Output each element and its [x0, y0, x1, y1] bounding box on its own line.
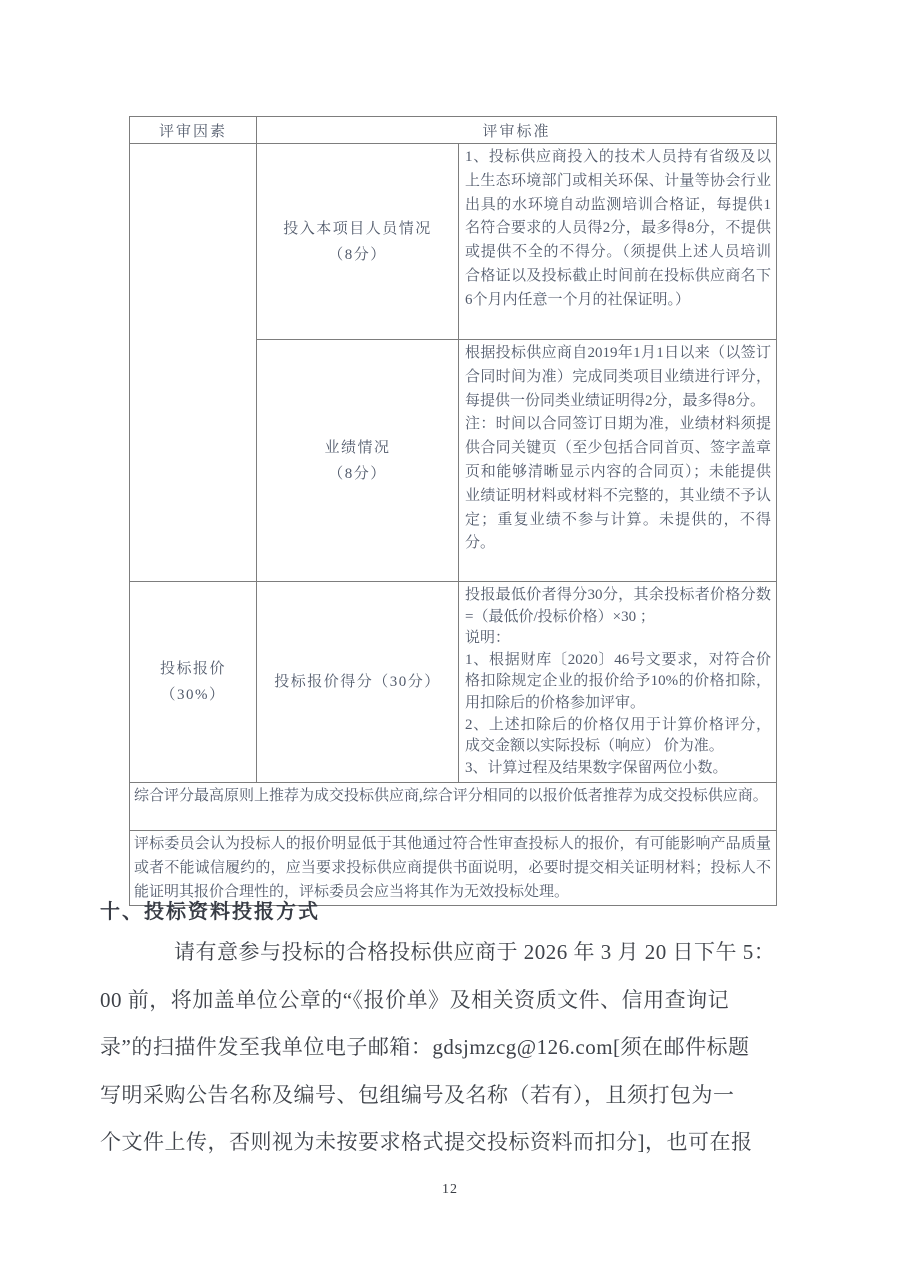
table-row-recommend-rule: 综合评分最高原则上推荐为成交投标供应商,综合评分相同的以报价低者推荐为成交投标供… [130, 783, 777, 831]
criteria-cell-performance: 根据投标供应商自2019年1月1日以来（以签订合同时间为准）完成同类项目业绩进行… [459, 340, 777, 582]
factor-cell-price: 投标报价 （30%） [130, 582, 257, 783]
criteria-cell-personnel: 1、投标供应商投入的技术人员持有省级及以上生态环境部门或相关环保、计量等协会行业… [459, 144, 777, 340]
recommend-rule-cell: 综合评分最高原则上推荐为成交投标供应商,综合评分相同的以报价低者推荐为成交投标供… [130, 783, 777, 831]
item-cell-price: 投标报价得分（30分） [257, 582, 459, 783]
document-page: 评审因素 评审标准 投入本项目人员情况 （8分） 1、投标供应商投入的技术人员持… [0, 0, 900, 1273]
table-header-row: 评审因素 评审标准 [130, 117, 777, 144]
factor-cell-continued [130, 144, 257, 582]
table-row-price: 投标报价 （30%） 投标报价得分（30分） 投报最低价者得分30分，其余投标者… [130, 582, 777, 783]
header-cell-factor: 评审因素 [130, 117, 257, 144]
item-cell-personnel: 投入本项目人员情况 （8分） [257, 144, 459, 340]
table-row-personnel: 投入本项目人员情况 （8分） 1、投标供应商投入的技术人员持有省级及以上生态环境… [130, 144, 777, 340]
criteria-cell-price: 投报最低价者得分30分，其余投标者价格分数=（最低价/投标价格）×30 ； 说明… [459, 582, 777, 783]
evaluation-criteria-table: 评审因素 评审标准 投入本项目人员情况 （8分） 1、投标供应商投入的技术人员持… [129, 116, 777, 906]
header-cell-criteria: 评审标准 [257, 117, 777, 144]
submission-instructions-paragraph: 请有意参与投标的合格投标供应商于 2026 年 3 月 20 日下午 5： 00… [100, 929, 866, 1167]
item-cell-performance: 业绩情况 （8分） [257, 340, 459, 582]
page-number: 12 [0, 1182, 900, 1198]
section-heading: 十、投标资料投报方式 [100, 895, 320, 924]
